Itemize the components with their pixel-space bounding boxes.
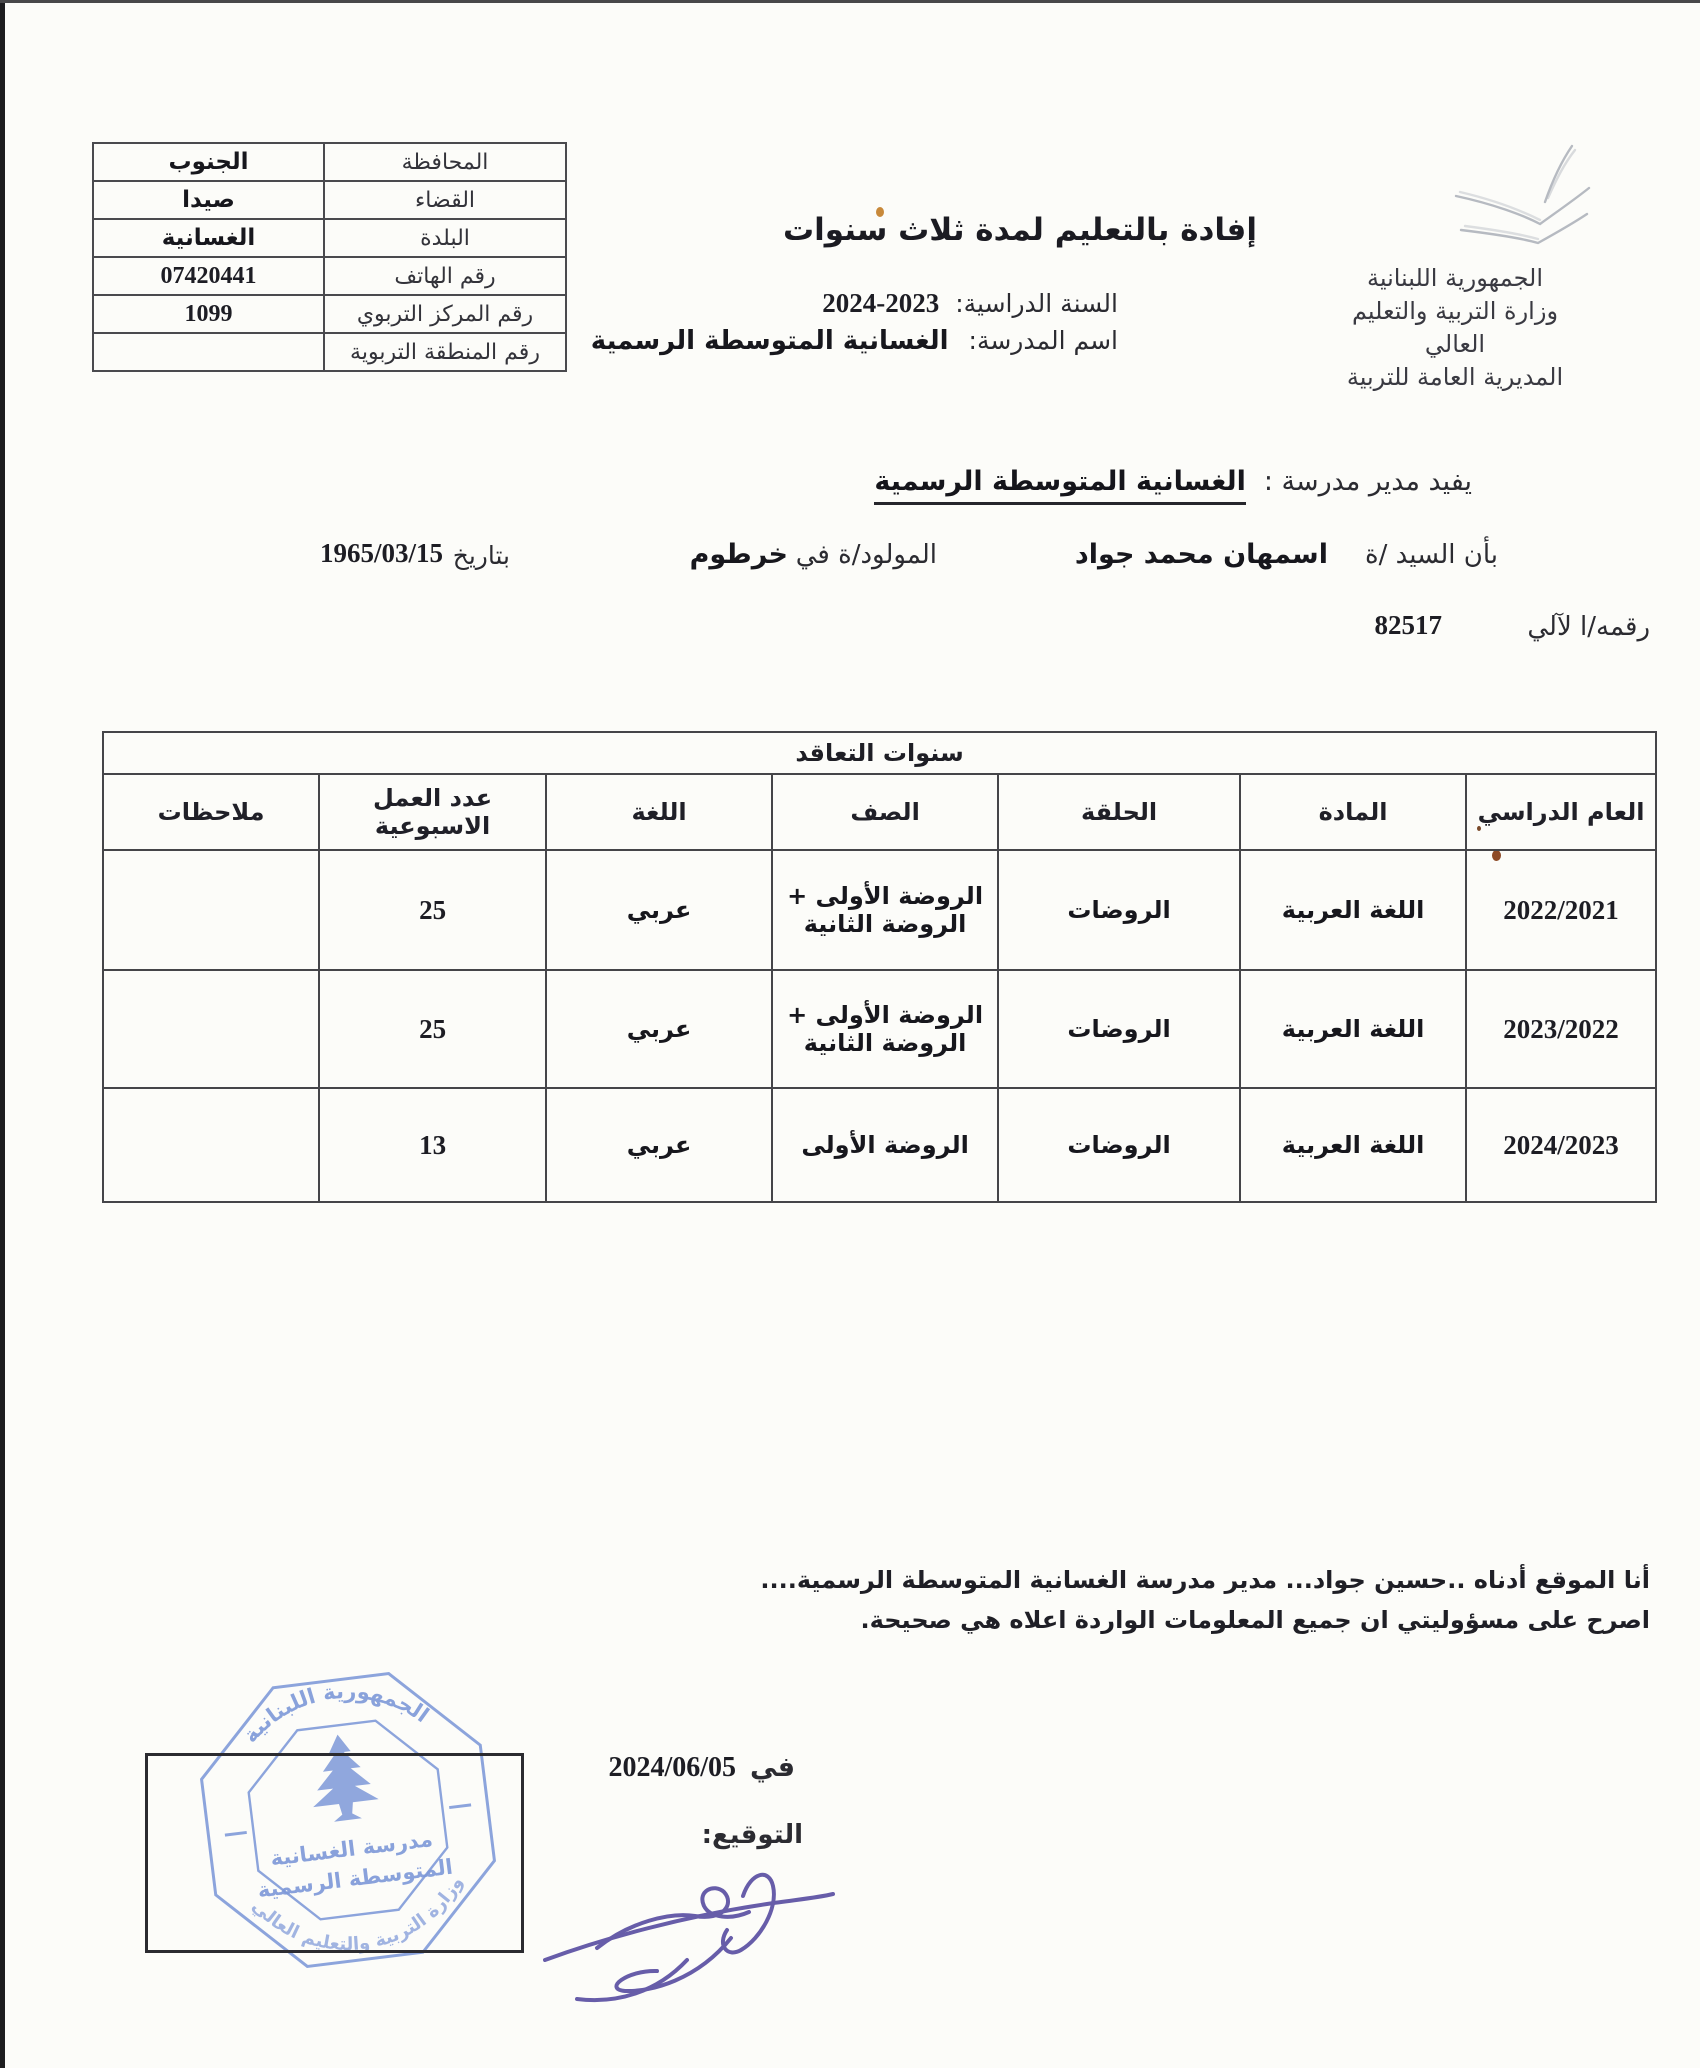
- table-row: رقم المنطقة التربوية: [93, 333, 566, 371]
- declaration-line-2: اصرح على مسؤوليتي ان جميع المعلومات الوا…: [760, 1600, 1650, 1640]
- cell-subject: اللغة العربية: [1240, 970, 1466, 1088]
- ministry-line: وزارة التربية والتعليم العالي: [1320, 295, 1590, 361]
- person-name: اسمهان محمد جواد: [1075, 539, 1328, 570]
- school-year-line: السنة الدراسية:2024-2023: [822, 288, 1118, 319]
- admin-info-table: المحافظة الجنوب القضاء صيدا البلدة الغسا…: [92, 142, 567, 372]
- cell-hours: 25: [319, 850, 546, 970]
- cell-hours: 25: [319, 970, 546, 1088]
- cell-language: عربي: [546, 1088, 772, 1202]
- info-value: 1099: [93, 295, 324, 333]
- info-value: 07420441: [93, 257, 324, 295]
- declaration-block: أنا الموقع أدناه ..حسين جواد... مدير مدر…: [760, 1560, 1650, 1640]
- birthplace-value: خرطوم: [690, 539, 788, 570]
- cell-year: 2023/2022: [1466, 970, 1656, 1088]
- cell-year: 2024/2023: [1466, 1088, 1656, 1202]
- table-title-row: سنوات التعاقد: [103, 732, 1656, 774]
- cell-notes: [103, 1088, 319, 1202]
- school-name-underlined: الغسانية المتوسطة الرسمية: [874, 466, 1246, 505]
- born-label: المولود/ة في: [796, 540, 937, 570]
- school-name-value: الغسانية المتوسطة الرسمية: [591, 326, 949, 356]
- declaration-line-1: أنا الموقع أدناه ..حسين جواد... مدير مدر…: [760, 1560, 1650, 1600]
- cell-cycle: الروضات: [998, 970, 1240, 1088]
- cell-class: الروضة الأولى + الروضة الثانية: [772, 850, 998, 970]
- cell-class: الروضة الأولى: [772, 1088, 998, 1202]
- col-header-cycle: الحلقة: [998, 774, 1240, 850]
- info-value: الغسانية: [93, 219, 324, 257]
- cell-year: 2022/2021: [1466, 850, 1656, 970]
- birthdate-label: بتاريخ: [453, 541, 510, 570]
- table-row: 2022/2021 اللغة العربية الروضات الروضة ا…: [103, 850, 1656, 970]
- table-row: 2024/2023 اللغة العربية الروضات الروضة ا…: [103, 1088, 1656, 1202]
- stamp-frame-rectangle: [145, 1753, 524, 1953]
- birthdate-value: 1965/03/15: [320, 538, 443, 569]
- ministry-header: الجمهورية اللبنانية وزارة التربية والتعل…: [1320, 262, 1590, 394]
- issue-date-line: في2024/06/05: [608, 1752, 795, 1784]
- col-header-notes: ملاحظات: [103, 774, 319, 850]
- school-name-line: اسم المدرسة:الغسانية المتوسطة الرسمية: [591, 326, 1118, 356]
- cell-notes: [103, 850, 319, 970]
- cell-subject: اللغة العربية: [1240, 850, 1466, 970]
- info-label: رقم المركز التربوي: [324, 295, 566, 333]
- cell-cycle: الروضات: [998, 850, 1240, 970]
- col-header-subject: المادة: [1240, 774, 1466, 850]
- table-row: البلدة الغسانية: [93, 219, 566, 257]
- person-label: بأن السيد /ة: [1365, 540, 1498, 570]
- page-title: إفادة بالتعليم لمدة ثلاث سنوات: [760, 212, 1280, 248]
- table-header-row: العام الدراسي المادة الحلقة الصف اللغة ع…: [103, 774, 1656, 850]
- info-label: القضاء: [324, 181, 566, 219]
- scan-edge-left: [0, 0, 5, 2068]
- school-name-label: اسم المدرسة:: [969, 326, 1118, 355]
- ministry-logo-icon: [1448, 138, 1596, 250]
- republic-line: الجمهورية اللبنانية: [1320, 262, 1590, 295]
- col-header-class: الصف: [772, 774, 998, 850]
- director-statement: يفيد مدير مدرسة :الغسانية المتوسطة الرسم…: [874, 466, 1472, 497]
- cell-cycle: الروضات: [998, 1088, 1240, 1202]
- cell-notes: [103, 970, 319, 1088]
- director-label: يفيد مدير مدرسة :: [1264, 466, 1472, 497]
- info-label: البلدة: [324, 219, 566, 257]
- table-row: رقم الهاتف 07420441: [93, 257, 566, 295]
- info-value: [93, 333, 324, 371]
- table-row: رقم المركز التربوي 1099: [93, 295, 566, 333]
- directorate-line: المديرية العامة للتربية: [1320, 361, 1590, 394]
- contract-table-title: سنوات التعاقد: [103, 732, 1656, 774]
- issue-date-label: في: [750, 1752, 795, 1783]
- col-header-year: العام الدراسي: [1466, 774, 1656, 850]
- col-header-language: اللغة: [546, 774, 772, 850]
- handwritten-signature: [535, 1842, 840, 2007]
- table-row: المحافظة الجنوب: [93, 143, 566, 181]
- cell-class: الروضة الأولى + الروضة الثانية: [772, 970, 998, 1088]
- table-row: 2023/2022 اللغة العربية الروضات الروضة ا…: [103, 970, 1656, 1088]
- school-year-value: 2024-2023: [822, 288, 939, 318]
- cell-language: عربي: [546, 850, 772, 970]
- registry-number-value: 82517: [1375, 610, 1443, 641]
- registry-number-label: رقمه/ا لآلي: [1527, 612, 1650, 642]
- info-label: رقم المنطقة التربوية: [324, 333, 566, 371]
- cell-subject: اللغة العربية: [1240, 1088, 1466, 1202]
- scanned-certificate-page: المحافظة الجنوب القضاء صيدا البلدة الغسا…: [0, 0, 1700, 2068]
- table-row: القضاء صيدا: [93, 181, 566, 219]
- col-header-weekly-hours: عدد العمل الاسبوعية: [319, 774, 546, 850]
- school-year-label: السنة الدراسية:: [955, 289, 1118, 318]
- contract-years-table: سنوات التعاقد العام الدراسي المادة الحلق…: [102, 731, 1657, 1203]
- issue-date-value: 2024/06/05: [608, 1752, 736, 1783]
- cell-language: عربي: [546, 970, 772, 1088]
- info-label: المحافظة: [324, 143, 566, 181]
- scan-edge-top: [0, 0, 1700, 3]
- cell-hours: 13: [319, 1088, 546, 1202]
- info-value: صيدا: [93, 181, 324, 219]
- info-label: رقم الهاتف: [324, 257, 566, 295]
- info-value: الجنوب: [93, 143, 324, 181]
